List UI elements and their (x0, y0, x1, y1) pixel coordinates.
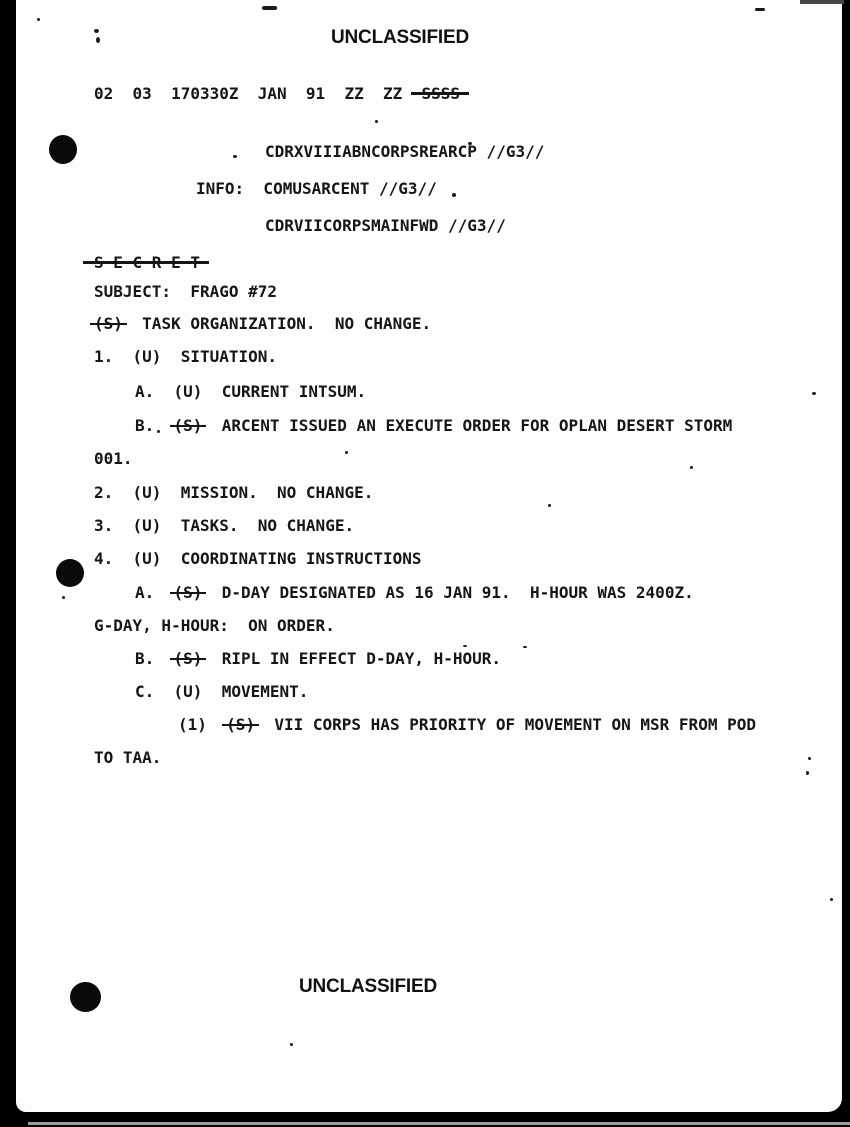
scan-speckle (37, 18, 40, 21)
text-segment: D-DAY DESIGNATED AS 16 JAN 91. H-HOUR WA… (202, 583, 693, 602)
classification-banner-bottom: UNCLASSIFIED (299, 976, 437, 998)
scan-speckle (290, 1043, 293, 1046)
struck-text: (S) (174, 650, 203, 668)
scan-speckle (808, 757, 811, 760)
para-3: 3. (U) TASKS. NO CHANGE. (94, 517, 354, 535)
task-org-line: (S) TASK ORGANIZATION. NO CHANGE. (94, 315, 431, 333)
struck-text: (S) (94, 315, 123, 333)
scan-speckle (62, 596, 65, 599)
scan-speckle (157, 430, 160, 433)
para-4b: B. (S) RIPL IN EFFECT D-DAY, H-HOUR. (135, 650, 501, 668)
subject-line: SUBJECT: FRAGO #72 (94, 283, 277, 301)
scan-mark (755, 8, 765, 11)
scan-speckle (463, 645, 467, 647)
text-segment: VII CORPS HAS PRIORITY OF MOVEMENT ON MS… (255, 715, 756, 734)
struck-text: (S) (174, 417, 203, 435)
scan-speckle (94, 29, 99, 33)
scan-speckle (523, 646, 527, 648)
text-segment: 2. (U) MISSION. NO CHANGE. (94, 483, 373, 502)
scan-speckle (96, 37, 100, 43)
scan-mark (262, 6, 277, 10)
text-segment: A. (135, 583, 174, 602)
text-segment: INFO: COMUSARCENT //G3// (196, 179, 437, 198)
para-4c1: (1) (S) VII CORPS HAS PRIORITY OF MOVEME… (178, 716, 756, 734)
text-segment: 1. (U) SITUATION. (94, 347, 277, 366)
para-4: 4. (U) COORDINATING INSTRUCTIONS (94, 550, 422, 568)
text-segment: TO TAA. (94, 748, 161, 767)
para-4a-cont: G-DAY, H-HOUR: ON ORDER. (94, 617, 335, 635)
text-segment: CDRVIICORPSMAINFWD //G3// (265, 216, 506, 235)
scan-edge-mark (800, 0, 844, 4)
struck-text: (S) (226, 716, 255, 734)
text-segment: B. (135, 649, 174, 668)
struck-text: S E C R E T (94, 254, 200, 272)
hole-punch-mark (49, 135, 77, 164)
hole-punch-mark (56, 559, 84, 587)
scan-speckle (830, 898, 833, 901)
addressee-info-2: CDRVIICORPSMAINFWD //G3// (265, 217, 506, 235)
scan-speckle (452, 193, 456, 197)
text-segment: 001. (94, 449, 133, 468)
scan-speckle (468, 142, 472, 145)
scan-speckle (690, 466, 693, 469)
hole-punch-mark (70, 982, 101, 1012)
text-segment: ARCENT ISSUED AN EXECUTE ORDER FOR OPLAN… (202, 416, 732, 435)
text-segment: CDRXVIIIABNCORPSREARCP //G3// (265, 142, 544, 161)
text-segment: B. (135, 416, 174, 435)
scan-edge-line (28, 1122, 850, 1125)
scan-speckle (812, 392, 816, 395)
text-segment: 02 03 170330Z JAN 91 ZZ ZZ (94, 84, 422, 103)
struck-secret-line: S E C R E T (94, 254, 200, 272)
text-segment: SUBJECT: FRAGO #72 (94, 282, 277, 301)
para-4c: C. (U) MOVEMENT. (135, 683, 308, 701)
para-1a: A. (U) CURRENT INTSUM. (135, 383, 366, 401)
text-segment: (1) (178, 715, 226, 734)
para-4a: A. (S) D-DAY DESIGNATED AS 16 JAN 91. H-… (135, 584, 694, 602)
text-segment: C. (U) MOVEMENT. (135, 682, 308, 701)
scan-speckle (233, 155, 237, 158)
scan-speckle (806, 771, 809, 775)
scan-speckle (345, 451, 348, 454)
document-page: UNCLASSIFIED 02 03 170330Z JAN 91 ZZ ZZ … (16, 0, 842, 1112)
struck-text: SSSS (422, 85, 461, 103)
text-segment: TASK ORGANIZATION. NO CHANGE. (123, 314, 431, 333)
text-segment: A. (U) CURRENT INTSUM. (135, 382, 366, 401)
classification-banner-top: UNCLASSIFIED (331, 27, 469, 49)
para-2: 2. (U) MISSION. NO CHANGE. (94, 484, 373, 502)
text-segment: 3. (U) TASKS. NO CHANGE. (94, 516, 354, 535)
text-segment: G-DAY, H-HOUR: ON ORDER. (94, 616, 335, 635)
addressee-info-1: INFO: COMUSARCENT //G3// (196, 180, 437, 198)
text-segment: 4. (U) COORDINATING INSTRUCTIONS (94, 549, 422, 568)
scan-speckle (375, 120, 378, 123)
para-1: 1. (U) SITUATION. (94, 348, 277, 366)
para-1b-cont: 001. (94, 450, 133, 468)
scan-speckle (548, 504, 551, 507)
scanned-document-screenshot: UNCLASSIFIED 02 03 170330Z JAN 91 ZZ ZZ … (0, 0, 850, 1127)
struck-text: (S) (174, 584, 203, 602)
dtg-line: 02 03 170330Z JAN 91 ZZ ZZ SSSS (94, 85, 460, 103)
para-4c1-cont: TO TAA. (94, 749, 161, 767)
para-1b: B. (S) ARCENT ISSUED AN EXECUTE ORDER FO… (135, 417, 732, 435)
text-segment: RIPL IN EFFECT D-DAY, H-HOUR. (202, 649, 501, 668)
addressee-to: CDRXVIIIABNCORPSREARCP //G3// (265, 143, 544, 161)
